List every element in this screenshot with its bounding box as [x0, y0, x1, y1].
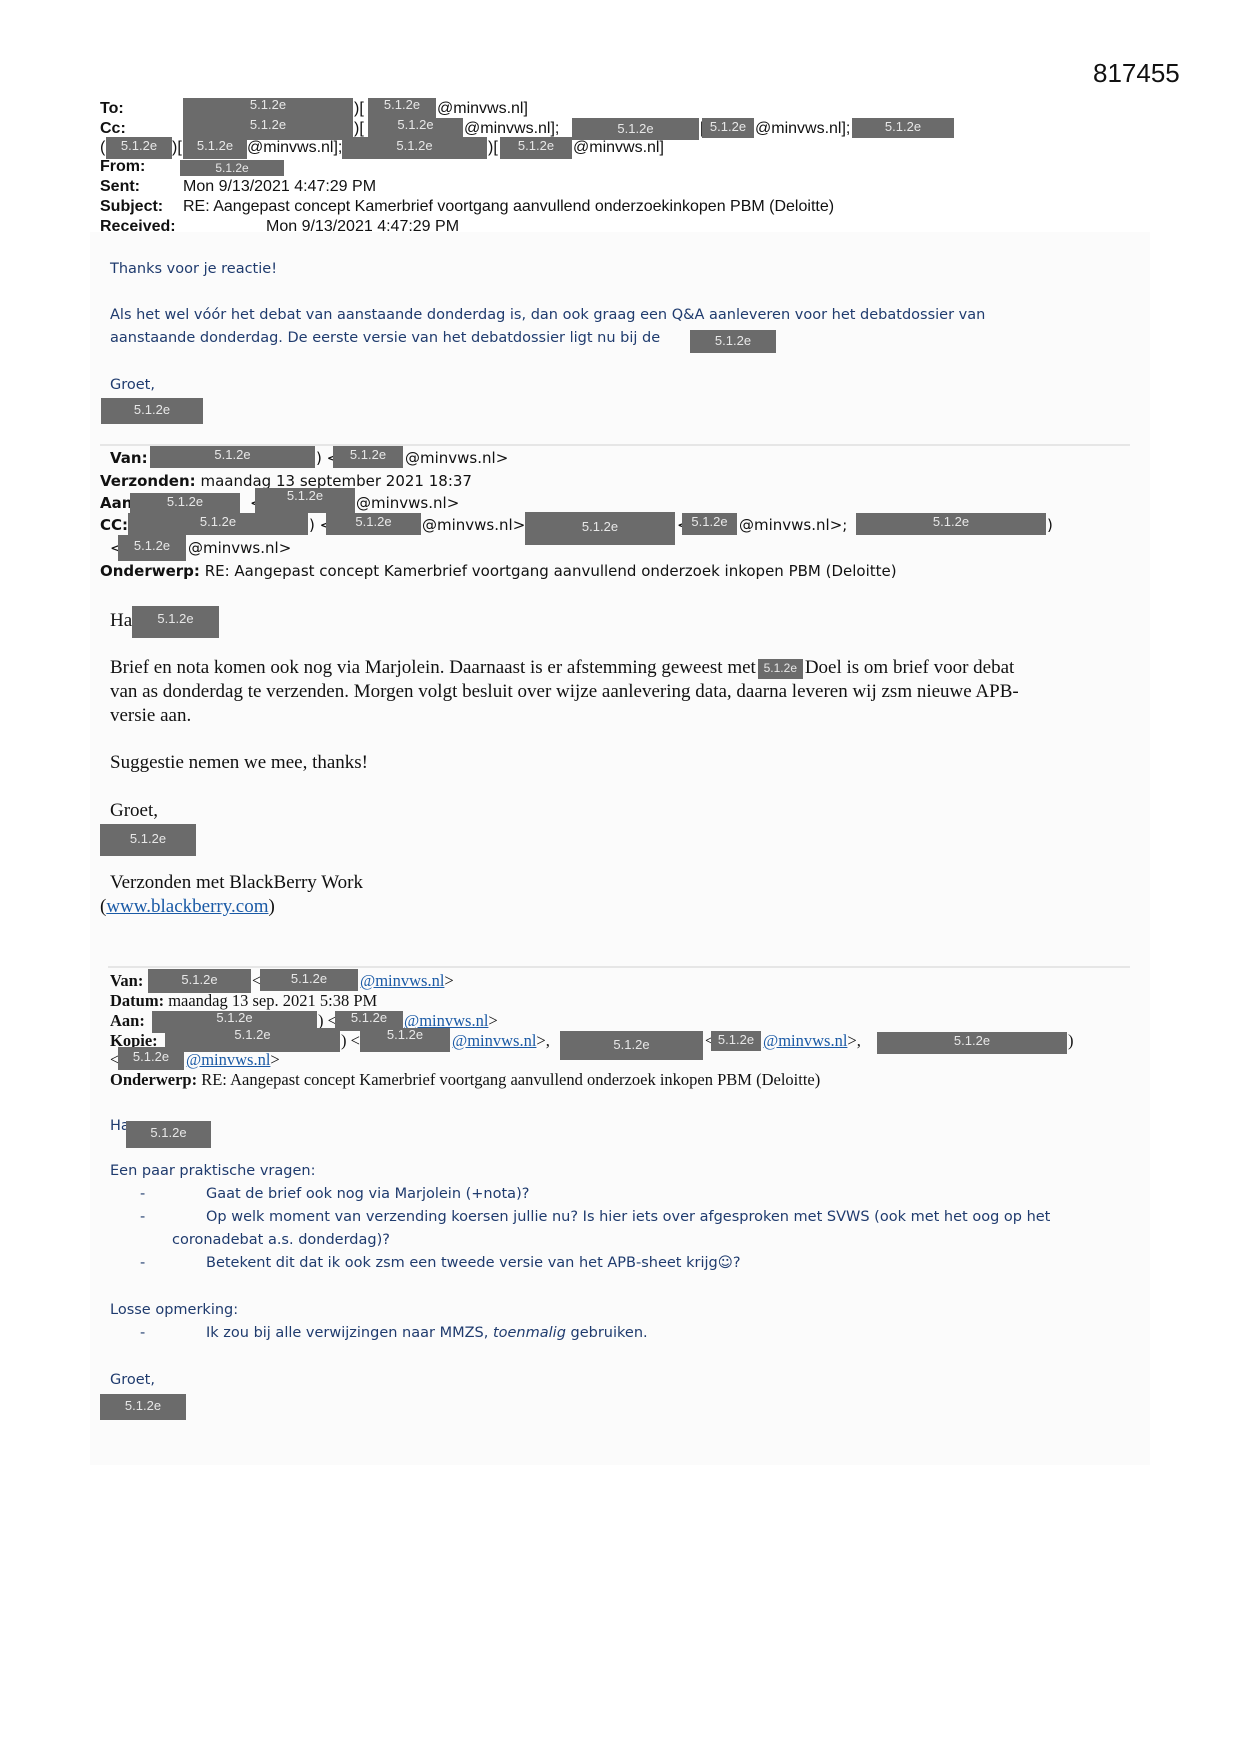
van-row: Van:	[110, 971, 143, 991]
aan-row: Aan	[100, 494, 132, 512]
text: Brief en nota komen ook nog via Marjolei…	[110, 657, 756, 678]
email-row: @minvws.nl>	[360, 971, 454, 991]
email-link[interactable]: @minvws.nl	[763, 1031, 847, 1050]
redaction: 5.1.2e	[101, 398, 203, 424]
message-2-suggestion: Suggestie nemen we mee, thanks!	[110, 752, 368, 774]
list-item: -Op welk moment van verzending koersen j…	[140, 1209, 1050, 1225]
redaction: 5.1.2e	[255, 488, 355, 513]
blackberry-link[interactable]: www.blackberry.com	[106, 896, 268, 917]
to-row: To:	[100, 100, 124, 118]
onderwerp-label: Onderwerp:	[110, 1070, 197, 1089]
sent-label: Sent:	[100, 178, 140, 195]
sent-row: Sent:	[100, 178, 140, 196]
received-row: Received:	[100, 218, 176, 236]
bracket: ) <	[341, 1031, 360, 1051]
bullet: -	[140, 1325, 206, 1341]
message-3-intro: Een paar praktische vragen:	[110, 1163, 315, 1179]
bracket: )[	[354, 100, 364, 118]
emphasis: toenmalig	[493, 1325, 566, 1341]
datum-row: Datum: maandag 13 sep. 2021 5:38 PM	[110, 991, 377, 1011]
redaction: 5.1.2e	[106, 137, 172, 159]
message-1-paragraph-line-1: Als het wel vóór het debat van aanstaand…	[110, 307, 985, 323]
redaction: 5.1.2e	[118, 535, 186, 561]
message-2-signature-link-row: (www.blackberry.com)	[100, 896, 275, 918]
bracket: )	[1047, 516, 1053, 534]
redaction: 5.1.2e	[130, 493, 240, 515]
redaction: 5.1.2e	[132, 606, 219, 638]
received-label: Received:	[100, 218, 176, 235]
list-item: -Betekent dit dat ik ook zsm een tweede …	[140, 1255, 741, 1271]
message-1-closing: Groet,	[110, 377, 155, 393]
onderwerp-label: Onderwerp:	[100, 562, 200, 580]
datum-value: maandag 13 sep. 2021 5:38 PM	[168, 991, 377, 1010]
email-row: @minvws.nl>,	[452, 1031, 550, 1051]
redaction: 5.1.2e	[525, 512, 675, 545]
sent-value: Mon 9/13/2021 4:47:29 PM	[183, 178, 376, 196]
to-label: To:	[100, 100, 124, 117]
email-domain: @minvws.nl>	[188, 539, 291, 557]
redaction: 5.1.2e	[690, 330, 776, 353]
redaction: 5.1.2e	[118, 1047, 184, 1070]
list-item: -Ik zou bij alle verwijzingen naar MMZS,…	[140, 1325, 648, 1341]
verzonden-label: Verzonden:	[100, 472, 196, 490]
van-row: Van:	[110, 449, 148, 467]
email-row: @minvws.nl>	[186, 1050, 280, 1070]
email-domain: @minvws.nl>	[356, 494, 459, 512]
redaction: 5.1.2e	[852, 118, 954, 138]
subject-label: Subject:	[100, 198, 163, 215]
bullet: -	[140, 1255, 206, 1271]
redaction: 5.1.2e	[150, 446, 315, 468]
subject-row: Subject:	[100, 198, 163, 216]
redaction: 5.1.2e	[100, 824, 196, 856]
message-2-closing: Groet,	[110, 800, 158, 822]
message-2-paragraph-line-1: Brief en nota komen ook nog via Marjolei…	[110, 657, 1014, 679]
email-domain: @minvws.nl];	[464, 120, 559, 138]
bullet: -	[140, 1209, 206, 1225]
message-2-greeting: Ha	[110, 610, 132, 632]
text: Ik zou bij alle verwijzingen naar MMZS,	[206, 1325, 493, 1341]
aan-label: Aan:	[110, 1011, 145, 1030]
message-1-thanks: Thanks voor je reactie!	[110, 261, 277, 277]
redaction: 5.1.2e	[758, 659, 803, 679]
email-domain: @minvws.nl]	[437, 100, 528, 118]
redaction: 5.1.2e	[856, 513, 1046, 535]
redaction: 5.1.2e	[148, 969, 251, 993]
text: Op welk moment van verzending koersen ju…	[206, 1209, 1050, 1225]
redaction: 5.1.2e	[560, 1031, 703, 1060]
redaction: 5.1.2e	[326, 513, 421, 535]
email-link[interactable]: @minvws.nl	[452, 1031, 536, 1050]
subject-value: RE: Aangepast concept Kamerbrief voortga…	[183, 198, 834, 216]
redaction: 5.1.2e	[260, 969, 358, 991]
list-item: -Gaat de brief ook nog via Marjolein (+n…	[140, 1186, 529, 1202]
aan-row: Aan:	[110, 1011, 145, 1031]
datum-label: Datum:	[110, 991, 164, 1010]
onderwerp-row: Onderwerp: RE: Aangepast concept Kamerbr…	[110, 1070, 820, 1090]
cc-label: CC:	[100, 516, 128, 534]
page-number: 817455	[1093, 58, 1180, 89]
redaction: 5.1.2e	[572, 118, 699, 140]
redaction: 5.1.2e	[128, 513, 308, 535]
cc-label: Cc:	[100, 120, 126, 137]
redaction: 5.1.2e	[165, 1028, 340, 1052]
text: Doel is om brief voor debat	[805, 657, 1014, 678]
cc-row: Cc:	[100, 120, 126, 138]
redaction: 5.1.2e	[682, 513, 737, 535]
from-row: From:	[100, 158, 145, 176]
redaction: 5.1.2e	[360, 1028, 450, 1052]
bracket: )	[1068, 1031, 1074, 1051]
onderwerp-value: RE: Aangepast concept Kamerbrief voortga…	[201, 1070, 820, 1089]
bracket: )[	[488, 139, 498, 157]
redaction: 5.1.2e	[180, 160, 284, 176]
redaction: 5.1.2e	[126, 1121, 211, 1148]
redaction: 5.1.2e	[877, 1032, 1067, 1054]
message-2-paragraph-line-3: versie aan.	[110, 705, 191, 727]
bullet: -	[140, 1186, 206, 1202]
email-domain: @minvws.nl];	[247, 139, 342, 157]
email-body-background	[90, 232, 1150, 1465]
separator	[108, 966, 1130, 968]
redaction: 5.1.2e	[702, 118, 754, 138]
bracket: )[	[172, 139, 182, 157]
text: Betekent dit dat ik ook zsm een tweede v…	[206, 1255, 741, 1271]
email-domain: @minvws.nl>;	[739, 516, 847, 534]
redaction: 5.1.2e	[342, 137, 487, 159]
onderwerp-value: RE: Aangepast concept Kamerbrief voortga…	[205, 562, 897, 580]
email-domain: @minvws.nl];	[755, 120, 850, 138]
text: gebruiken.	[566, 1325, 648, 1341]
email-row: @minvws.nl>,	[763, 1031, 861, 1051]
aan-label: Aan	[100, 494, 132, 512]
email-domain: @minvws.nl]	[573, 139, 664, 157]
text: Gaat de brief ook nog via Marjolein (+no…	[206, 1186, 529, 1202]
cc-row: CC:	[100, 516, 128, 534]
redaction: 5.1.2e	[711, 1031, 761, 1051]
message-1-paragraph-line-2: aanstaande donderdag. De eerste versie v…	[110, 330, 660, 346]
email-domain: @minvws.nl>	[405, 449, 508, 467]
message-3-remark-label: Losse opmerking:	[110, 1302, 238, 1318]
list-item-continuation: coronadebat a.s. donderdag)?	[172, 1232, 390, 1248]
onderwerp-row: Onderwerp: RE: Aangepast concept Kamerbr…	[100, 562, 897, 580]
bracket: )[	[354, 120, 364, 138]
message-2-signature: Verzonden met BlackBerry Work	[110, 872, 363, 894]
redaction: 5.1.2e	[100, 1394, 186, 1420]
from-label: From:	[100, 158, 145, 175]
redaction: 5.1.2e	[333, 446, 403, 468]
bracket: (	[100, 139, 105, 157]
redaction: 5.1.2e	[500, 137, 572, 159]
email-link[interactable]: @minvws.nl	[186, 1050, 270, 1069]
message-2-paragraph-line-2: van as donderdag te verzenden. Morgen vo…	[110, 681, 1019, 703]
message-3-closing: Groet,	[110, 1372, 155, 1388]
redaction: 5.1.2e	[183, 137, 247, 159]
email-domain: @minvws.nl>	[422, 516, 525, 534]
email-link[interactable]: @minvws.nl	[360, 971, 444, 990]
van-label: Van:	[110, 971, 143, 990]
van-label: Van:	[110, 449, 148, 467]
received-value: Mon 9/13/2021 4:47:29 PM	[266, 218, 459, 236]
